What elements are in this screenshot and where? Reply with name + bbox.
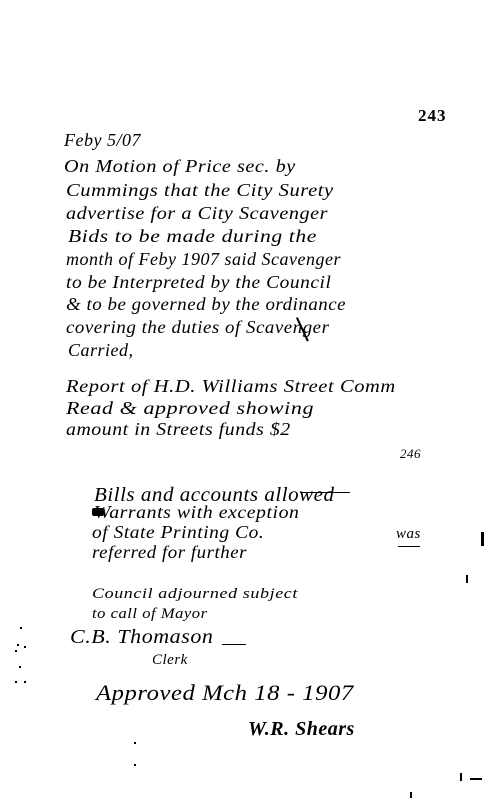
approver-signature: W.R. Shears xyxy=(248,718,355,741)
scan-speck xyxy=(15,681,17,683)
page-number: 243 xyxy=(418,106,447,126)
right-note: was xyxy=(396,526,421,543)
dash-mark xyxy=(398,546,420,547)
scan-speck xyxy=(19,666,21,668)
margin-tick xyxy=(460,773,462,781)
scan-speck xyxy=(134,764,136,766)
entry-line: advertise for a City Scavenger xyxy=(66,203,328,224)
margin-note: 246 xyxy=(400,446,421,462)
scan-speck xyxy=(134,742,136,744)
entry-line: & to be governed by the ordinance xyxy=(66,294,346,315)
margin-tick xyxy=(481,532,484,546)
scan-speck xyxy=(17,644,19,646)
entry-date: Feby 5/07 xyxy=(64,130,141,151)
entry-line: to be Interpreted by the Council xyxy=(66,272,331,293)
entry-line: Carried, xyxy=(68,340,134,361)
margin-tick xyxy=(466,575,468,583)
entry-line: month of Feby 1907 said Scavenger xyxy=(66,249,341,270)
entry-line: referred for further xyxy=(92,542,247,563)
clerk-signature: C.B. Thomason xyxy=(70,626,213,649)
entry-line: Bids to be made during the xyxy=(68,226,317,247)
scan-speck xyxy=(15,650,17,652)
ledger-page: 243 Feby 5/07 On Motion of Price sec. by… xyxy=(0,0,486,800)
entry-line: Report of H.D. Williams Street Comm xyxy=(66,376,396,397)
approval-line: Approved Mch 18 - 1907 xyxy=(96,680,354,706)
entry-line: amount in Streets funds $2 xyxy=(66,419,291,440)
entry-line: Cummings that the City Surety xyxy=(66,180,334,201)
entry-line: Council adjourned subject xyxy=(92,586,298,603)
entry-line: covering the duties of Scavenger xyxy=(66,317,329,338)
entry-line: to call of Mayor xyxy=(92,606,208,623)
entry-line: Warrants with exception xyxy=(94,502,300,523)
scan-speck xyxy=(24,646,26,648)
entry-line: Read & approved showing xyxy=(66,398,314,419)
signature-line xyxy=(222,644,246,645)
entry-line: of State Printing Co. xyxy=(92,522,264,543)
scan-speck xyxy=(20,627,22,629)
entry-line: On Motion of Price sec. by xyxy=(64,156,296,177)
scan-speck xyxy=(24,681,26,683)
margin-tick xyxy=(470,778,482,780)
underline xyxy=(300,492,350,493)
clerk-title: Clerk xyxy=(152,652,188,669)
margin-tick xyxy=(410,792,412,798)
